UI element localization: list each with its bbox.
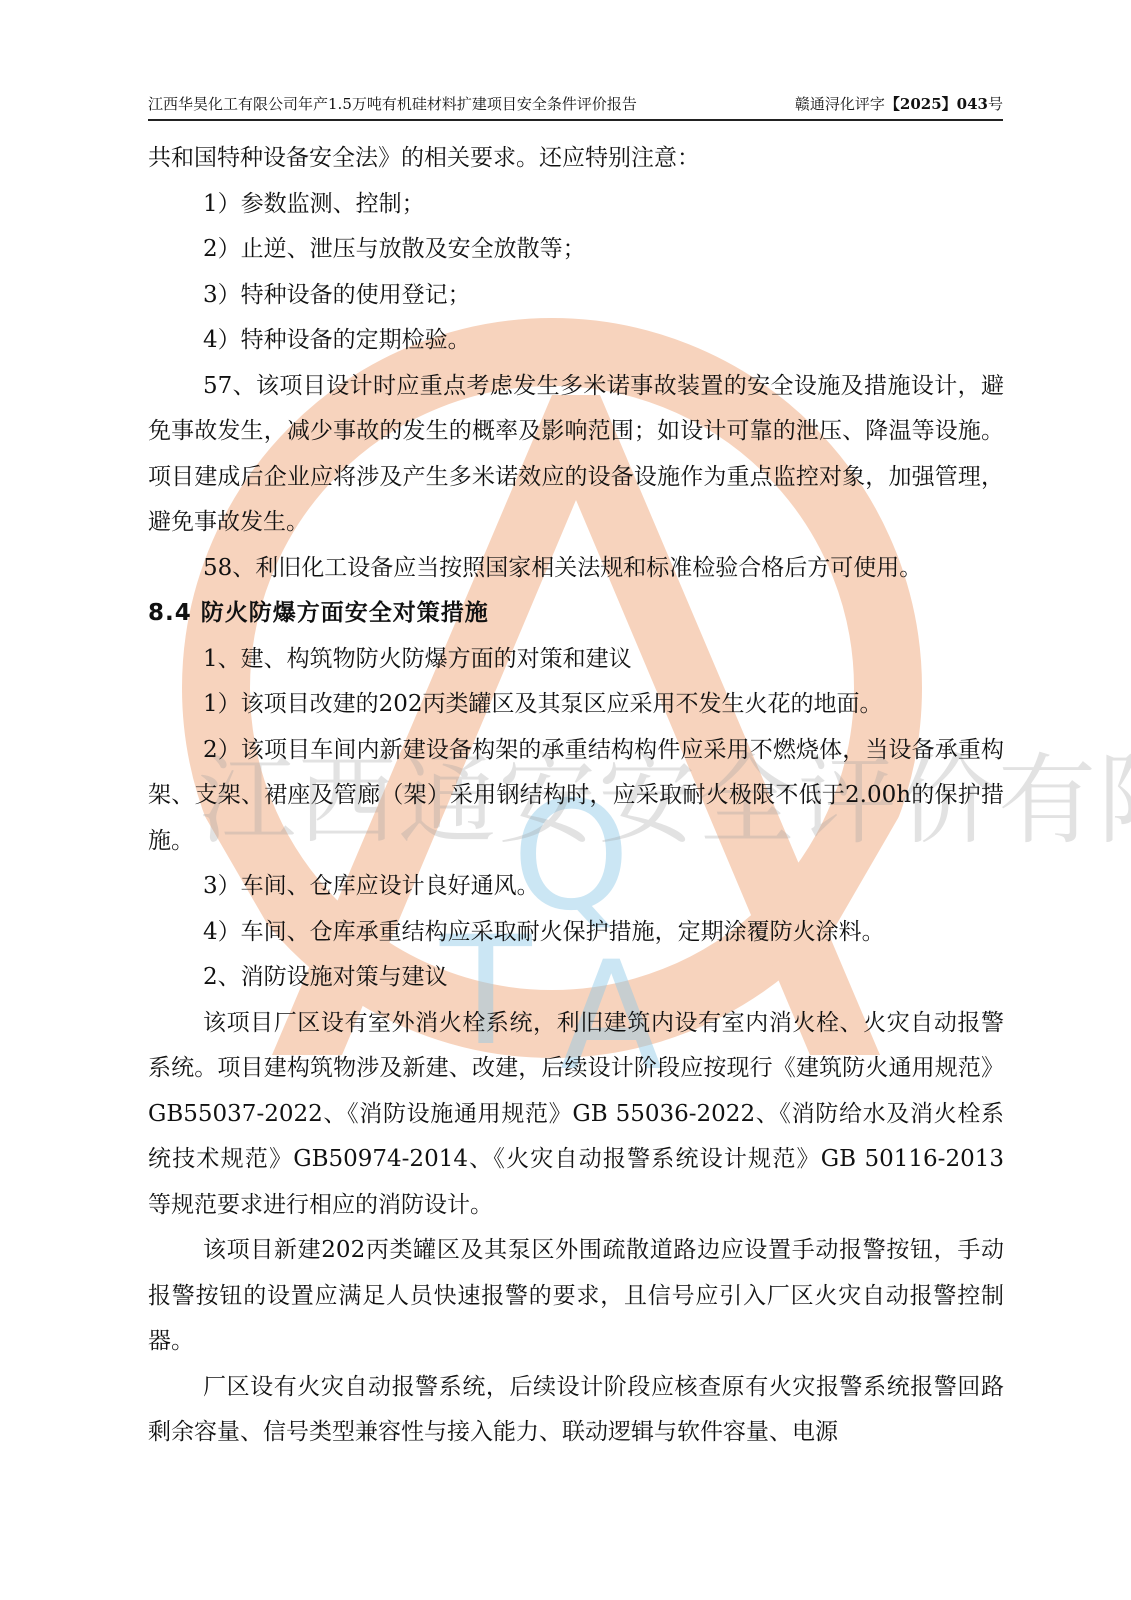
report-number-num: 043 bbox=[957, 95, 988, 113]
paragraph: 共和国特种设备安全法》的相关要求。还应特别注意： bbox=[148, 136, 1004, 182]
subsection-heading: 2、消防设施对策与建议 bbox=[148, 955, 1004, 1001]
paragraph: 58、利旧化工设备应当按照国家相关法规和标准检验合格后方可使用。 bbox=[148, 546, 1004, 592]
list-item: 1）该项目改建的202丙类罐区及其泵区应采用不发生火花的地面。 bbox=[148, 682, 1004, 728]
list-item: 2）该项目车间内新建设备构架的承重结构构件应采用不燃烧体，当设备承重构架、支架、… bbox=[148, 728, 1004, 865]
list-item: 2）止逆、泄压与放散及安全放散等； bbox=[148, 227, 1004, 273]
report-number-year: 【2025】 bbox=[885, 95, 957, 113]
list-item: 4）特种设备的定期检验。 bbox=[148, 318, 1004, 364]
list-item: 4）车间、仓库承重结构应采取耐火保护措施，定期涂覆防火涂料。 bbox=[148, 910, 1004, 956]
document-page: Q T A 江西通安安全评价有限公司 江西华昊化工有限公司年产1.5万吨有机硅材… bbox=[0, 0, 1131, 1600]
report-number: 赣通浔化评字【2025】043号 bbox=[795, 93, 1003, 114]
page-header: 江西华昊化工有限公司年产1.5万吨有机硅材料扩建项目安全条件评价报告 赣通浔化评… bbox=[148, 93, 1003, 121]
section-heading: 8.4 防火防爆方面安全对策措施 bbox=[148, 591, 1004, 637]
list-item: 1）参数监测、控制； bbox=[148, 182, 1004, 228]
document-body: 共和国特种设备安全法》的相关要求。还应特别注意： 1）参数监测、控制； 2）止逆… bbox=[148, 136, 1004, 1456]
paragraph: 该项目厂区设有室外消火栓系统，利旧建筑内设有室内消火栓、火灾自动报警系统。项目建… bbox=[148, 1001, 1004, 1229]
paragraph: 厂区设有火灾自动报警系统，后续设计阶段应核查原有火灾报警系统报警回路剩余容量、信… bbox=[148, 1365, 1004, 1456]
report-number-suffix: 号 bbox=[988, 95, 1003, 113]
report-number-prefix: 赣通浔化评字 bbox=[795, 95, 885, 113]
report-title: 江西华昊化工有限公司年产1.5万吨有机硅材料扩建项目安全条件评价报告 bbox=[148, 93, 637, 114]
paragraph: 该项目新建202丙类罐区及其泵区外围疏散道路边应设置手动报警按钮，手动报警按钮的… bbox=[148, 1228, 1004, 1365]
paragraph: 57、该项目设计时应重点考虑发生多米诺事故装置的安全设施及措施设计，避免事故发生… bbox=[148, 364, 1004, 546]
subsection-heading: 1、建、构筑物防火防爆方面的对策和建议 bbox=[148, 637, 1004, 683]
list-item: 3）特种设备的使用登记； bbox=[148, 273, 1004, 319]
list-item: 3）车间、仓库应设计良好通风。 bbox=[148, 864, 1004, 910]
